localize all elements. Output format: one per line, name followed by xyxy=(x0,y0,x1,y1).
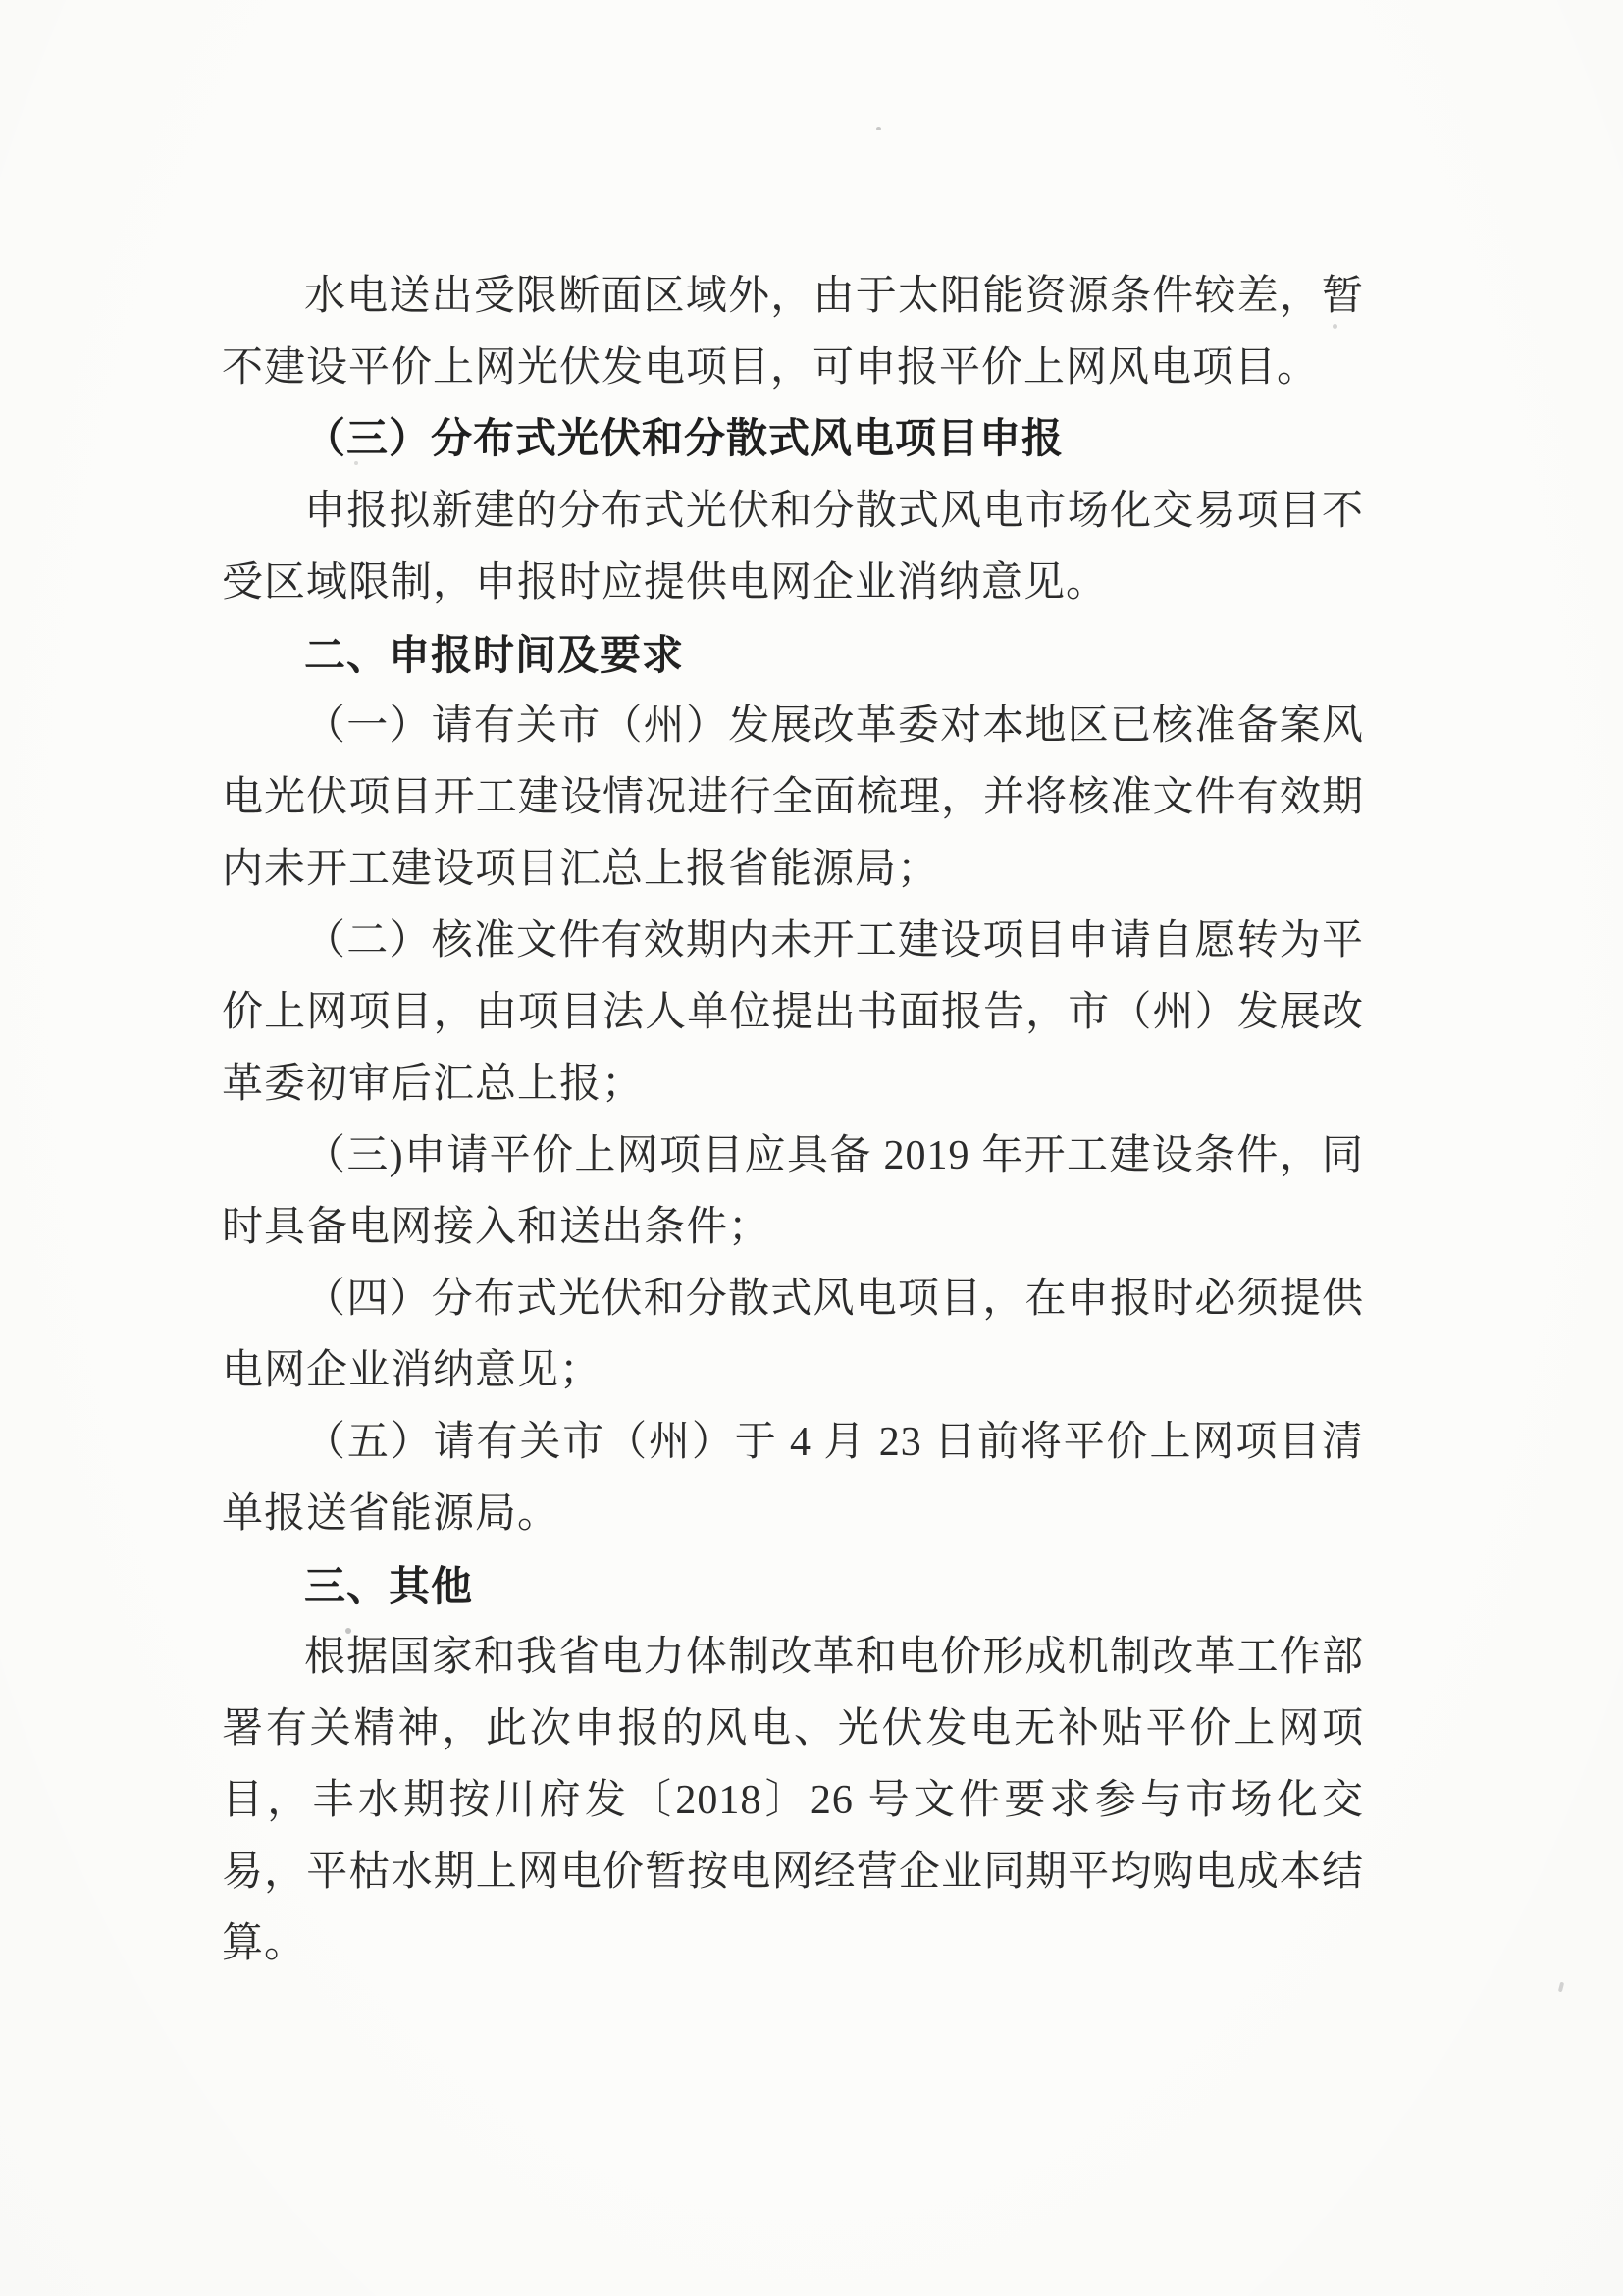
document-body-text: 水电送出受限断面区域外，由于太阳能资源条件较差，暂不建设平价上网光伏发电项目，可… xyxy=(222,261,1364,1980)
scan-speck xyxy=(876,127,881,130)
paragraph-hydro-limit: 水电送出受限断面区域外，由于太阳能资源条件较差，暂不建设平价上网光伏发电项目，可… xyxy=(222,261,1364,404)
paragraph-item-5-april-23-deadline: （五）请有关市（州）于 4 月 23 日前将平价上网项目清单报送省能源局。 xyxy=(222,1407,1364,1550)
scan-speck xyxy=(345,1628,351,1634)
paragraph-item-2-voluntary-transfer: （二）核准文件有效期内未开工建设项目申请自愿转为平价上网项目，由项目法人单位提出… xyxy=(222,906,1364,1121)
paragraph-item-4-grid-opinion: （四）分布式光伏和分散式风电项目，在申报时必须提供电网企业消纳意见； xyxy=(222,1264,1364,1407)
scan-speck xyxy=(354,461,358,465)
heading-section-2-application-time-requirements: 二、申报时间及要求 xyxy=(222,619,1364,691)
heading-section-3-others: 三、其他 xyxy=(222,1550,1364,1622)
document-page: 水电送出受限断面区域外，由于太阳能资源条件较差，暂不建设平价上网光伏发电项目，可… xyxy=(0,0,1623,2296)
paragraph-distributed-projects: 申报拟新建的分布式光伏和分散式风电市场化交易项目不受区域限制，申报时应提供电网企… xyxy=(222,476,1364,619)
paragraph-item-3-2019-conditions: （三)申请平价上网项目应具备 2019 年开工建设条件，同时具备电网接入和送出条… xyxy=(222,1121,1364,1264)
paragraph-item-1-review: （一）请有关市（州）发展改革委对本地区已核准备案风电光伏项目开工建设情况进行全面… xyxy=(222,691,1364,906)
paragraph-pricing-settlement: 根据国家和我省电力体制改革和电价形成机制改革工作部署有关精神，此次申报的风电、光… xyxy=(222,1622,1364,1980)
scan-speck xyxy=(1558,1982,1564,1993)
scan-speck xyxy=(1333,324,1337,329)
heading-distributed-pv-wind-application: （三）分布式光伏和分散式风电项目申报 xyxy=(222,404,1364,476)
